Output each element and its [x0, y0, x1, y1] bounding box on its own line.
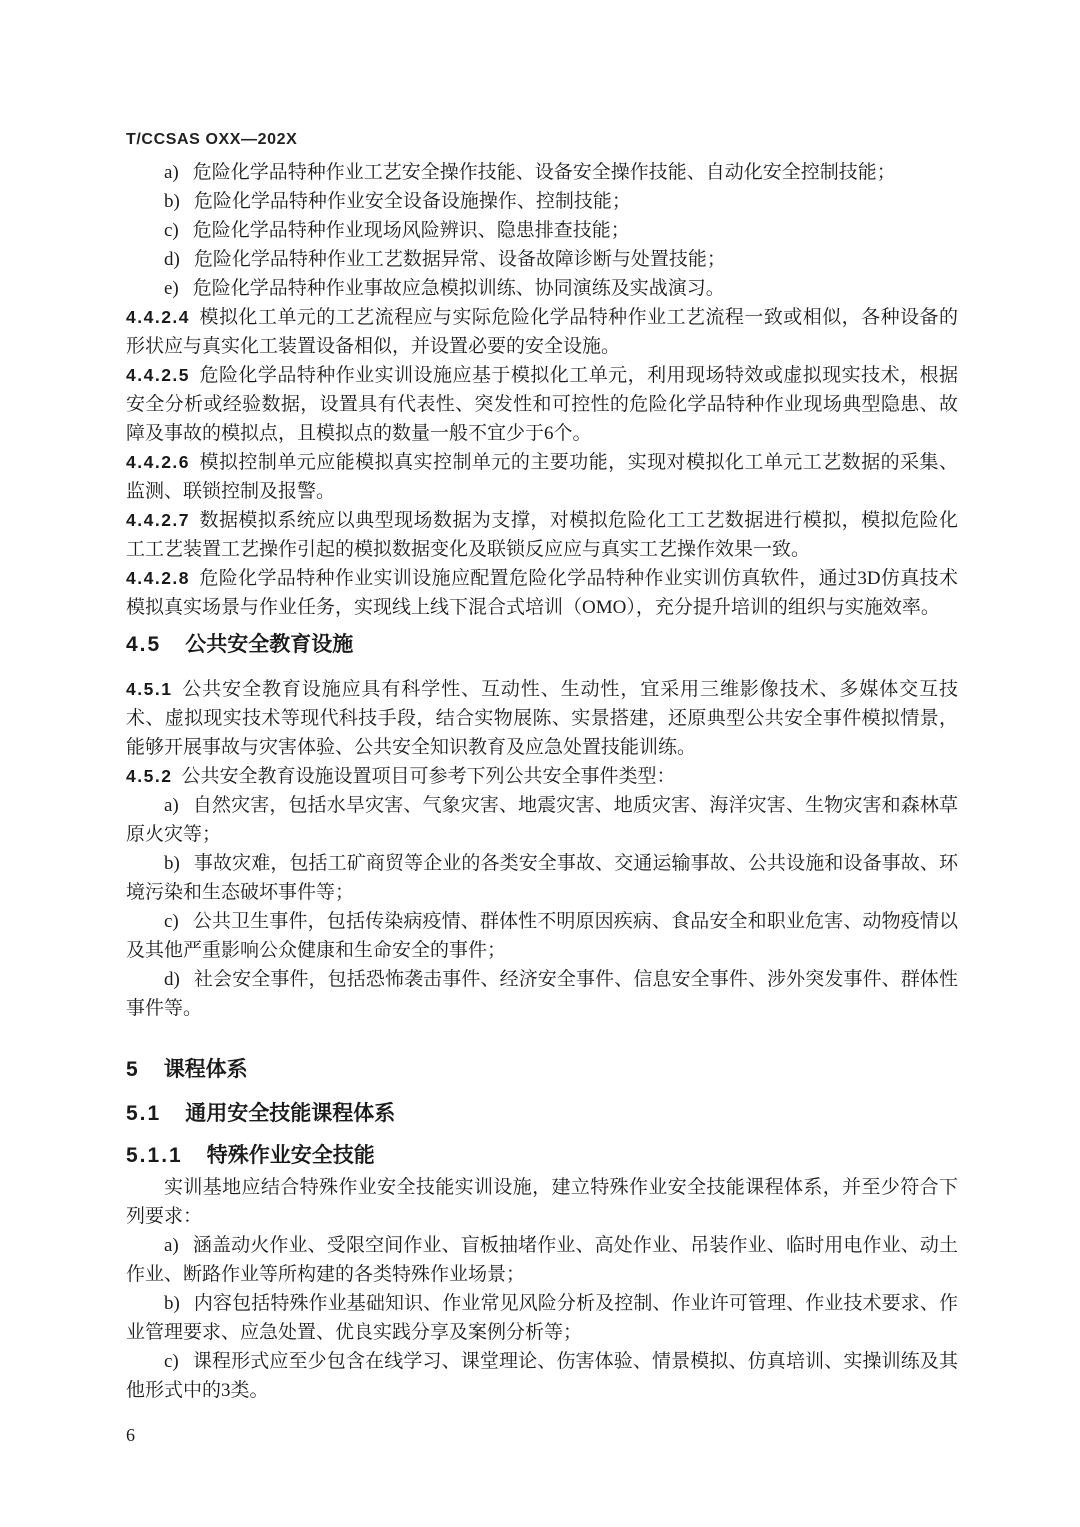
section-heading-5-1: 5.1通用安全技能课程体系 — [126, 1099, 958, 1129]
heading-number: 5.1 — [126, 1102, 161, 1125]
section-heading-4-5: 4.5公共安全教育设施 — [126, 630, 958, 660]
list-item-text: 公共卫生事件，包括传染病疫情、群体性不明原因疾病、食品安全和职业危害、动物疫情以… — [126, 911, 958, 961]
list-item-label: b) — [164, 853, 180, 874]
clause-number: 4.4.2.4 — [126, 307, 190, 327]
heading-title: 课程体系 — [164, 1058, 248, 1081]
list-item: b)危险化学品特种作业安全设备设施操作、控制技能； — [126, 187, 958, 216]
clause-text: 公共安全教育设施设置项目可参考下列公共安全事件类型： — [181, 766, 675, 787]
list-item-label: e) — [164, 278, 179, 299]
clause-4-5-2: 4.5.2公共安全教育设施设置项目可参考下列公共安全事件类型： — [126, 762, 958, 791]
clause-4-4-2-4: 4.4.2.4模拟化工单元的工艺流程应与实际危险化学品特种作业工艺流程一致或相似… — [126, 303, 958, 361]
heading-number: 4.5 — [126, 633, 161, 656]
list-item: d)社会安全事件，包括恐怖袭击事件、经济安全事件、信息安全事件、涉外突发事件、群… — [126, 965, 958, 1023]
clause-text: 危险化学品特种作业实训设施应基于模拟化工单元，利用现场特效或虚拟现实技术，根据安… — [126, 365, 958, 444]
clause-number: 4.4.2.5 — [126, 365, 190, 385]
clause-text: 模拟控制单元应能模拟真实控制单元的主要功能，实现对模拟化工单元工艺数据的采集、监… — [126, 452, 958, 502]
clause-4-4-2-8: 4.4.2.8危险化学品特种作业实训设施应配置危险化学品特种作业实训仿真软件，通… — [126, 564, 958, 622]
list-item-label: b) — [164, 1293, 180, 1314]
list-item-text: 危险化学品特种作业事故应急模拟训练、协同演练及实战演习。 — [193, 278, 725, 299]
clause-4-4-2-5: 4.4.2.5危险化学品特种作业实训设施应基于模拟化工单元，利用现场特效或虚拟现… — [126, 361, 958, 448]
document-page: T/CCSAS OXX—202X a)危险化学品特种作业工艺安全操作技能、设备安… — [0, 0, 1080, 1527]
clause-number: 4.4.2.7 — [126, 510, 190, 530]
list-item-label: d) — [164, 249, 180, 270]
paragraph-5-1-1-intro: 实训基地应结合特殊作业安全技能实训设施，建立特殊作业安全技能课程体系，并至少符合… — [126, 1173, 958, 1231]
list-item-text: 社会安全事件，包括恐怖袭击事件、经济安全事件、信息安全事件、涉外突发事件、群体性… — [126, 969, 958, 1019]
list-item-label: d) — [164, 969, 180, 990]
page-number: 6 — [126, 1424, 135, 1446]
list-item: a)危险化学品特种作业工艺安全操作技能、设备安全操作技能、自动化安全控制技能； — [126, 158, 958, 187]
list-item-text: 内容包括特殊作业基础知识、作业常见风险分析及控制、作业许可管理、作业技术要求、作… — [126, 1293, 958, 1343]
list-item: b)事故灾难，包括工矿商贸等企业的各类安全事故、交通运输事故、公共设施和设备事故… — [126, 849, 958, 907]
clause-number: 4.5.1 — [126, 679, 172, 699]
paragraph-text: 实训基地应结合特殊作业安全技能实训设施，建立特殊作业安全技能课程体系，并至少符合… — [126, 1177, 958, 1227]
document-body: a)危险化学品特种作业工艺安全操作技能、设备安全操作技能、自动化安全控制技能； … — [126, 158, 958, 1405]
clause-text: 数据模拟系统应以典型现场数据为支撑，对模拟危险化工工艺数据进行模拟，模拟危险化工… — [126, 510, 958, 560]
heading-title: 公共安全教育设施 — [185, 633, 353, 656]
clause-number: 4.5.2 — [126, 766, 172, 786]
list-item-label: a) — [164, 1235, 179, 1256]
clause-4-4-2-7: 4.4.2.7数据模拟系统应以典型现场数据为支撑，对模拟危险化工工艺数据进行模拟… — [126, 506, 958, 564]
list-item-text: 危险化学品特种作业安全设备设施操作、控制技能； — [194, 191, 631, 212]
list-item: b)内容包括特殊作业基础知识、作业常见风险分析及控制、作业许可管理、作业技术要求… — [126, 1289, 958, 1347]
clause-number: 4.4.2.8 — [126, 568, 190, 588]
clause-text: 模拟化工单元的工艺流程应与实际危险化学品特种作业工艺流程一致或相似，各种设备的形… — [126, 307, 958, 357]
heading-title: 特殊作业安全技能 — [207, 1144, 375, 1167]
clause-text: 公共安全教育设施应具有科学性、互动性、生动性，宜采用三维影像技术、多媒体交互技术… — [126, 679, 958, 758]
heading-number: 5.1.1 — [126, 1144, 183, 1167]
list-item-text: 危险化学品特种作业现场风险辨识、隐患排查技能； — [193, 220, 630, 241]
list-item: c)公共卫生事件，包括传染病疫情、群体性不明原因疾病、食品安全和职业危害、动物疫… — [126, 907, 958, 965]
list-item-label: c) — [164, 1351, 179, 1372]
list-item: c)课程形式应至少包含在线学习、课堂理论、伤害体验、情景模拟、仿真培训、实操训练… — [126, 1347, 958, 1405]
list-item: a)自然灾害，包括水旱灾害、气象灾害、地震灾害、地质灾害、海洋灾害、生物灾害和森… — [126, 791, 958, 849]
list-item-text: 危险化学品特种作业工艺数据异常、设备故障诊断与处置技能； — [194, 249, 726, 270]
list-item-label: a) — [164, 162, 179, 183]
heading-number: 5 — [126, 1058, 140, 1081]
section-heading-5-1-1: 5.1.1特殊作业安全技能 — [126, 1141, 958, 1171]
list-item-text: 危险化学品特种作业工艺安全操作技能、设备安全操作技能、自动化安全控制技能； — [193, 162, 896, 183]
clause-text: 危险化学品特种作业实训设施应配置危险化学品特种作业实训仿真软件，通过3D仿真技术… — [126, 568, 958, 618]
list-item: a)涵盖动火作业、受限空间作业、盲板抽堵作业、高处作业、吊装作业、临时用电作业、… — [126, 1231, 958, 1289]
list-item-text: 涵盖动火作业、受限空间作业、盲板抽堵作业、高处作业、吊装作业、临时用电作业、动土… — [126, 1235, 958, 1285]
list-item-label: c) — [164, 220, 179, 241]
list-item-text: 课程形式应至少包含在线学习、课堂理论、伤害体验、情景模拟、仿真培训、实操训练及其… — [126, 1351, 958, 1401]
list-item: c)危险化学品特种作业现场风险辨识、隐患排查技能； — [126, 216, 958, 245]
list-item-label: b) — [164, 191, 180, 212]
list-item: e)危险化学品特种作业事故应急模拟训练、协同演练及实战演习。 — [126, 274, 958, 303]
list-item-text: 事故灾难，包括工矿商贸等企业的各类安全事故、交通运输事故、公共设施和设备事故、环… — [126, 853, 958, 903]
list-item: d)危险化学品特种作业工艺数据异常、设备故障诊断与处置技能； — [126, 245, 958, 274]
clause-4-4-2-6: 4.4.2.6模拟控制单元应能模拟真实控制单元的主要功能，实现对模拟化工单元工艺… — [126, 448, 958, 506]
list-item-label: c) — [164, 911, 179, 932]
list-item-label: a) — [164, 795, 179, 816]
list-item-text: 自然灾害，包括水旱灾害、气象灾害、地震灾害、地质灾害、海洋灾害、生物灾害和森林草… — [126, 795, 958, 845]
doc-header: T/CCSAS OXX—202X — [126, 130, 958, 150]
heading-title: 通用安全技能课程体系 — [185, 1102, 395, 1125]
clause-number: 4.4.2.6 — [126, 452, 190, 472]
section-heading-5: 5课程体系 — [126, 1055, 958, 1085]
clause-4-5-1: 4.5.1公共安全教育设施应具有科学性、互动性、生动性，宜采用三维影像技术、多媒… — [126, 675, 958, 762]
